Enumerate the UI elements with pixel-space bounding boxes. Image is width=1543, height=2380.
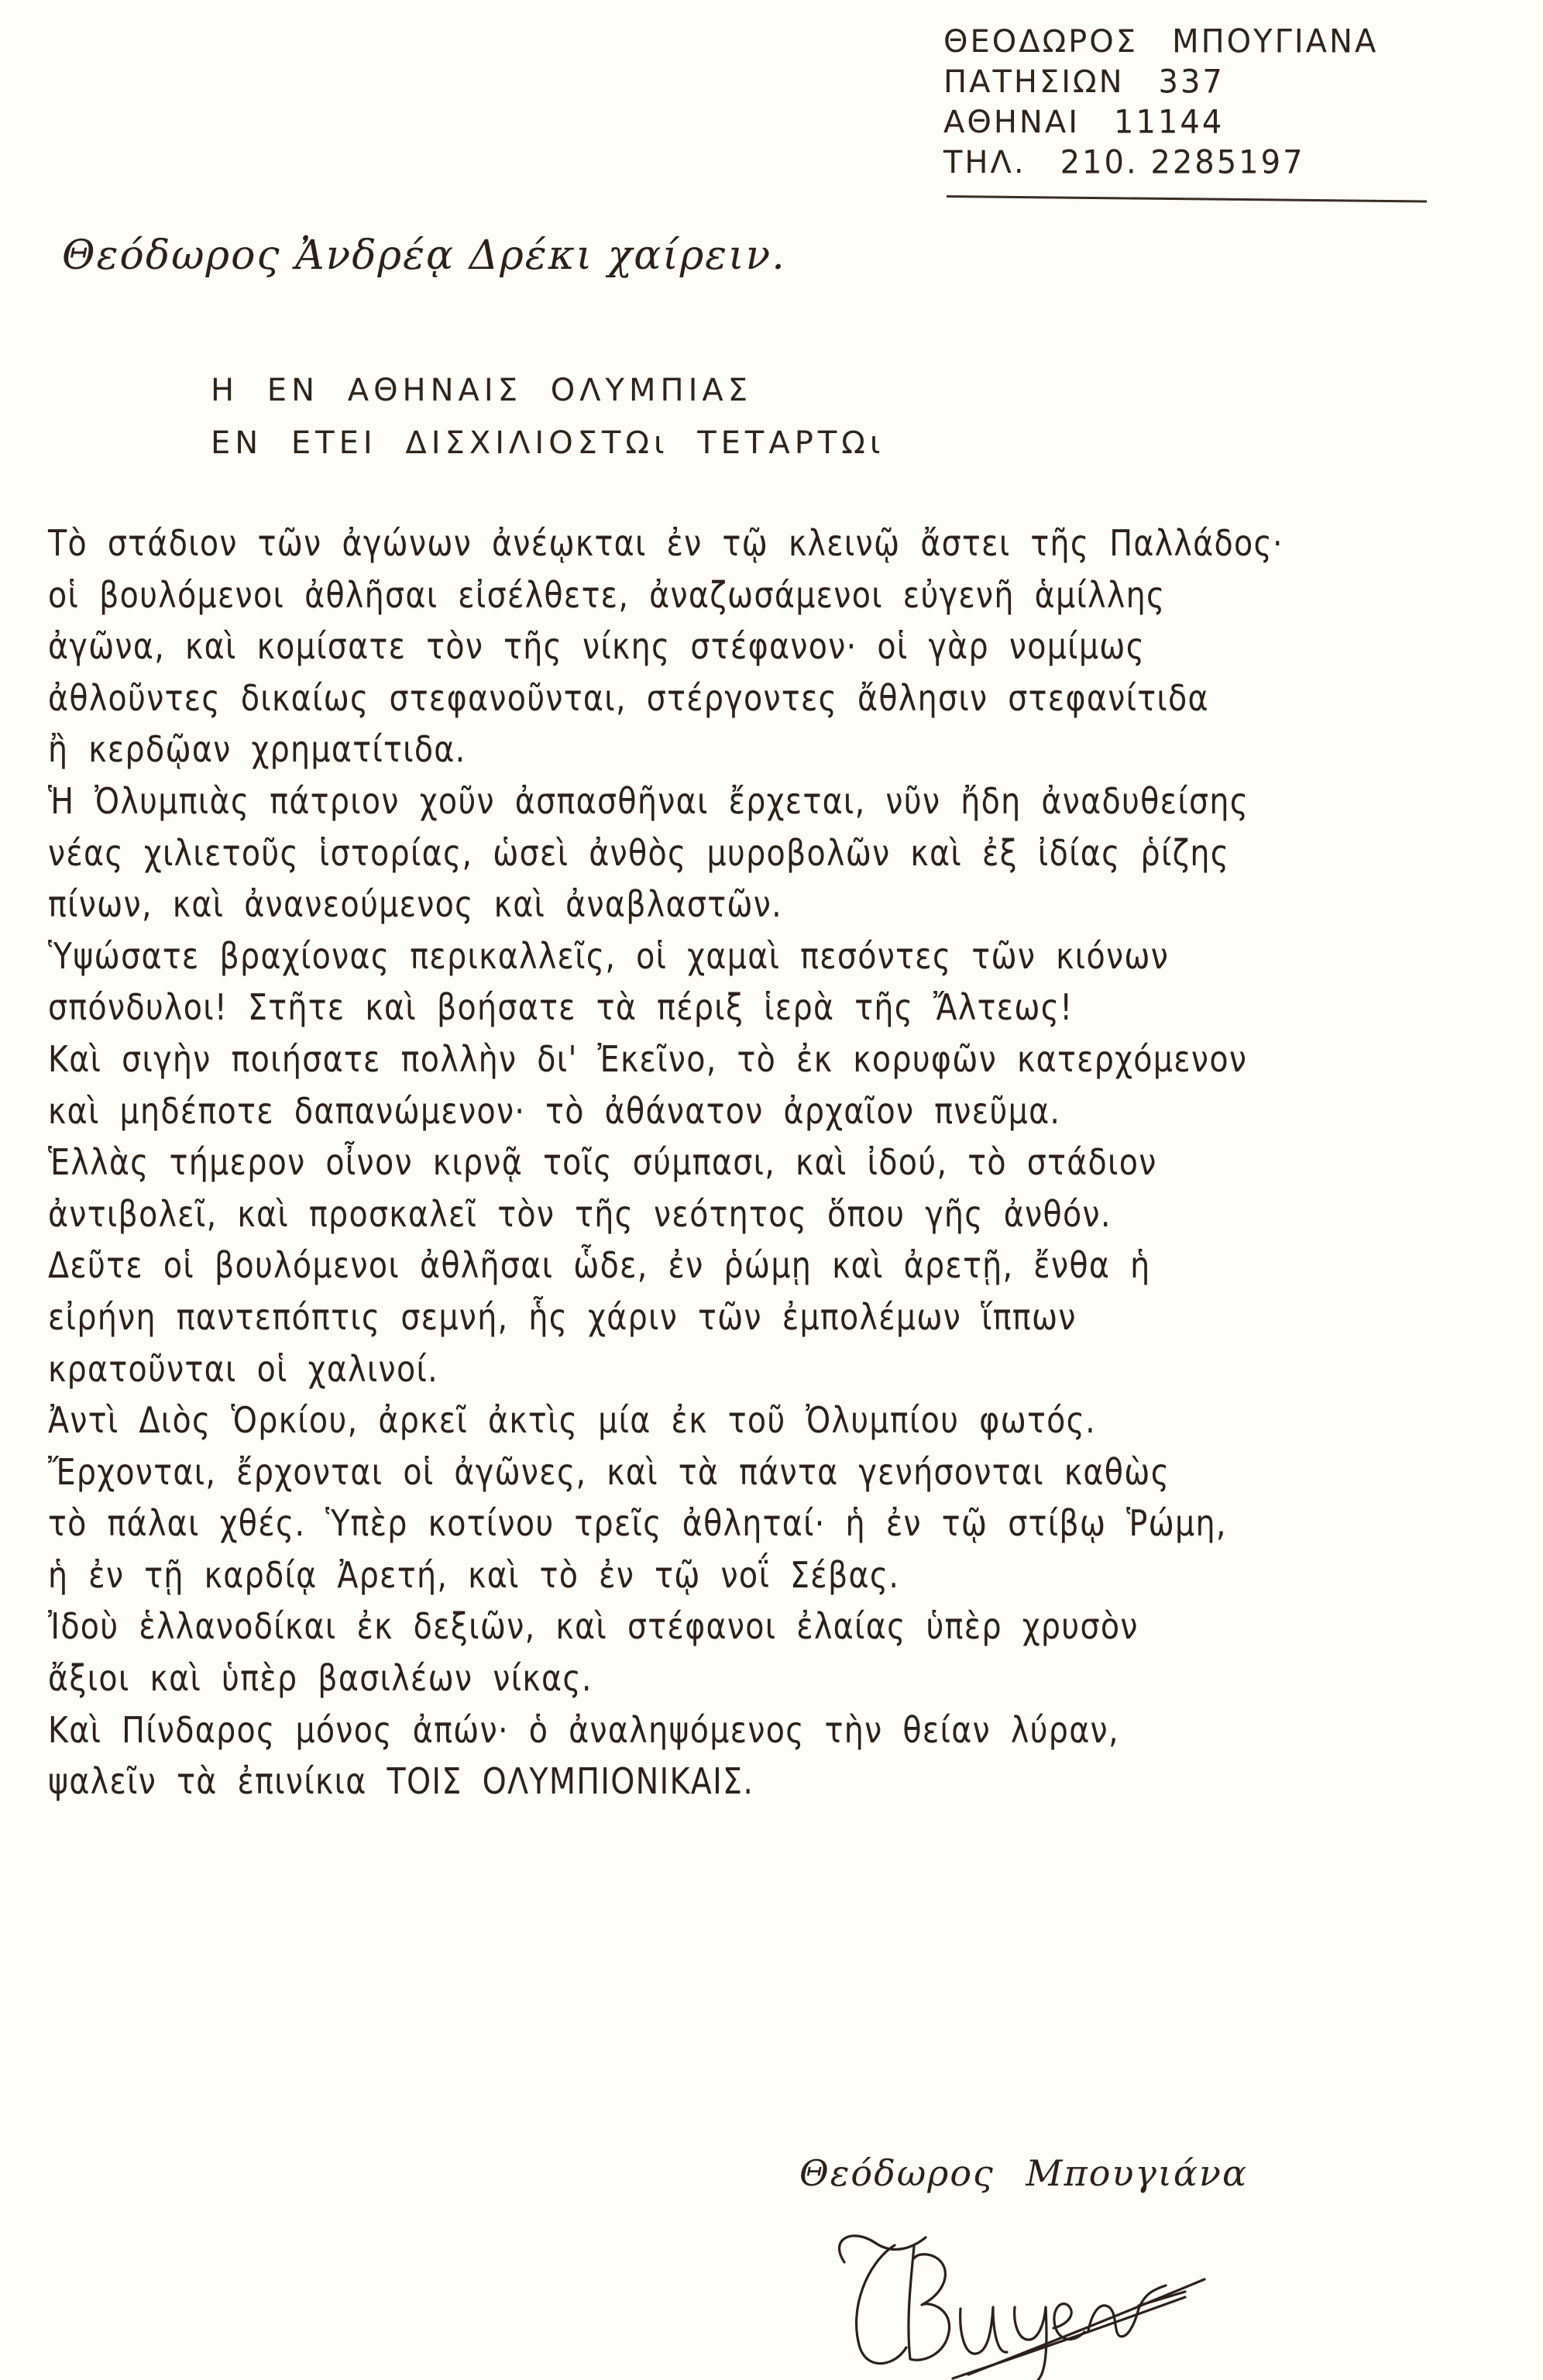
handwritten-signature-icon [821, 2216, 1208, 2380]
body-line: ἀθλοῦντες δικαίως στεφανοῦνται, στέργοντ… [48, 672, 1301, 724]
letterhead-first-name: ΘΕΟΔΩΡΟΣ [943, 22, 1138, 62]
letterhead: ΘΕΟΔΩΡΟΣ ΜΠΟΥΓΙΑΝΑ ΠΑΤΗΣΙΩΝ 337 ΑΘΗΝΑΙ 1… [943, 22, 1439, 183]
body-line: Ἑλλὰς τήμερον οἶνον κιρνᾷ τοῖς σύμπασι, … [48, 1137, 1301, 1188]
letterhead-city-line: ΑΘΗΝΑΙ 11144 [943, 102, 1439, 143]
letterhead-phone-label: ΤΗΛ. [943, 143, 1026, 183]
body-line: Ἰδοὺ ἑλλανοδίκαι ἐκ δεξιῶν, καὶ στέφανοι… [48, 1601, 1301, 1653]
body-line: τὸ πάλαι χθές. Ὑπὲρ κοτίνου τρεῖς ἀθλητα… [48, 1498, 1301, 1549]
closing-signature-name: Θεόδωρος Μπουγιάνα [799, 2152, 1248, 2194]
body-line: καὶ μηδέποτε δαπανώμενον· τὸ ἀθάνατον ἀρ… [48, 1085, 1301, 1137]
letterhead-name-line: ΘΕΟΔΩΡΟΣ ΜΠΟΥΓΙΑΝΑ [943, 22, 1439, 62]
body-line: Ὑψώσατε βραχίονας περικαλλεῖς, οἱ χαμαὶ … [48, 930, 1301, 982]
body-line: Καὶ Πίνδαρος μόνος ἀπών· ὁ ἀναληψόμενος … [48, 1704, 1301, 1756]
body-line: ἀγῶνα, καὶ κομίσατε τὸν τῆς νίκης στέφαν… [48, 621, 1301, 672]
letter-title: Η ΕΝ ΑΘΗΝΑΙΣ ΟΛΥΜΠΙΑΣ ΕΝ ΕΤΕΙ ΔΙΣΧΙΛΙΟΣΤ… [211, 364, 885, 469]
body-line: ψαλεῖν τὰ ἐπινίκια ΤΟΙΣ ΟΛΥΜΠΙΟΝΙΚΑΙΣ. [48, 1756, 1301, 1807]
salutation: Θεόδωρος Ἀνδρέᾳ Δρέκι χαίρειν. [62, 232, 786, 279]
letter-body: Τὸ στάδιον τῶν ἀγώνων ἀνέῳκται ἐν τῷ κλε… [48, 518, 1504, 1807]
letterhead-phone-number: 210. 2285197 [1060, 142, 1305, 184]
letterhead-street-number: 337 [1159, 61, 1225, 104]
letter-page: ΘΕΟΔΩΡΟΣ ΜΠΟΥΓΙΑΝΑ ΠΑΤΗΣΙΩΝ 337 ΑΘΗΝΑΙ 1… [0, 0, 1543, 2380]
body-line: κρατοῦνται οἱ χαλινοί. [48, 1343, 1301, 1395]
body-line: ἄξιοι καὶ ὑπὲρ βασιλέων νίκας. [48, 1653, 1301, 1704]
letterhead-surname: ΜΠΟΥΓΙΑΝΑ [1172, 21, 1378, 64]
letterhead-street-line: ΠΑΤΗΣΙΩΝ 337 [943, 62, 1439, 102]
letterhead-phone-line: ΤΗΛ. 210. 2285197 [943, 143, 1439, 183]
body-line: ἢ κερδῷαν χρηματίτιδα. [48, 724, 1301, 776]
body-line: οἱ βουλόμενοι ἀθλῆσαι εἰσέλθετε, ἀναζωσά… [48, 569, 1301, 621]
title-line-2: ΕΝ ΕΤΕΙ ΔΙΣΧΙΛΙΟΣΤΩι ΤΕΤΑΡΤΩι [211, 417, 885, 469]
letterhead-divider [947, 195, 1427, 202]
body-line: πίνων, καὶ ἀνανεούμενος καὶ ἀναβλαστῶν. [48, 879, 1301, 930]
body-line: Καὶ σιγὴν ποιήσατε πολλὴν δι' Ἐκεῖνο, τὸ… [48, 1034, 1301, 1085]
letterhead-street: ΠΑΤΗΣΙΩΝ [943, 62, 1125, 102]
body-line: Ἡ Ὀλυμπιὰς πάτριον χοῦν ἀσπασθῆναι ἔρχετ… [48, 776, 1301, 827]
body-line: Ἀντὶ Διὸς Ὁρκίου, ἀρκεῖ ἀκτὶς μία ἐκ τοῦ… [48, 1395, 1301, 1446]
body-line: εἰρήνη παντεπόπτις σεμνή, ἧς χάριν τῶν ἐ… [48, 1291, 1301, 1343]
body-line: ἡ ἐν τῇ καρδίᾳ Ἀρετή, καὶ τὸ ἐν τῷ νοΐ Σ… [48, 1549, 1301, 1601]
body-line: ἀντιβολεῖ, καὶ προσκαλεῖ τὸν τῆς νεότητο… [48, 1188, 1301, 1240]
body-line: Τὸ στάδιον τῶν ἀγώνων ἀνέῳκται ἐν τῷ κλε… [48, 518, 1301, 569]
body-line: Ἔρχονται, ἔρχονται οἱ ἀγῶνες, καὶ τὰ πάν… [48, 1446, 1301, 1498]
body-line: νέας χιλιετοῦς ἱστορίας, ὡσεὶ ἀνθὸς μυρο… [48, 827, 1301, 879]
body-line: σπόνδυλοι! Στῆτε καὶ βοήσατε τὰ πέριξ ἱε… [48, 982, 1301, 1034]
letterhead-city: ΑΘΗΝΑΙ [943, 102, 1080, 143]
letterhead-postal-code: 11144 [1114, 101, 1224, 144]
body-line: Δεῦτε οἱ βουλόμενοι ἀθλῆσαι ὧδε, ἐν ῥώμῃ… [48, 1240, 1301, 1291]
title-line-1: Η ΕΝ ΑΘΗΝΑΙΣ ΟΛΥΜΠΙΑΣ [211, 364, 885, 417]
